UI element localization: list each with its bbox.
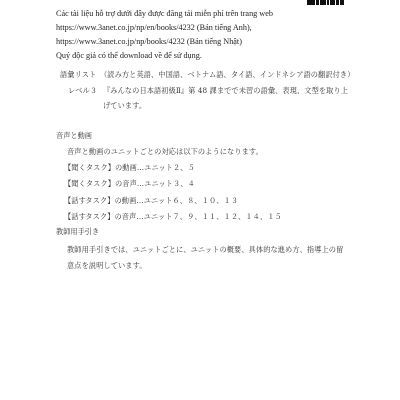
list-item: 【聞くタスク】の音声…ユニット３、４ <box>64 179 195 189</box>
qr-code-fragment-icon <box>307 0 347 5</box>
level-description: 『みんなの日本語初級Ⅱ』第 48 課までで未習の語彙、表現、文型を取り上 <box>103 86 348 96</box>
vocab-list-label: 語彙リスト <box>60 70 96 80</box>
section-heading: 教師用手引き <box>56 227 99 237</box>
audio-video-intro: 音声と動画のユニットごとの対応は以下のようになります。 <box>67 147 263 157</box>
list-item: 【話すタスク】の音声…ユニット７、９、１１、１２、１４、１５ <box>64 212 282 222</box>
support-text-line: Các tài liệu hỗ trợ dưới đây được đăng t… <box>56 9 273 19</box>
vocab-list-description: （読み方と英語、中国語、ベトナム語、タイ語、インドネシア語の翻訳付き） <box>100 70 355 80</box>
teacher-guide-body-cont: 意点を説明しています。 <box>67 261 147 271</box>
section-heading: 音声と動画 <box>56 131 92 141</box>
support-text-line: Quý độc giả có thể download về để sử dụn… <box>56 51 202 61</box>
level-label: レベル３ <box>68 86 97 96</box>
list-item: 【話すタスク】の動画…ユニット６、８、１０、１３ <box>64 196 238 206</box>
japanese-url-link[interactable]: https://www.3anet.co.jp/np/books/4232 (B… <box>56 37 242 47</box>
level-description-cont: げています。 <box>103 101 146 111</box>
list-item: 【聞くタスク】の動画…ユニット２、５ <box>64 163 195 173</box>
teacher-guide-body: 教師用手引きでは、ユニットごとに、ユニットの概要、具体的な進め方、指導上の留 <box>67 245 343 255</box>
english-url-link[interactable]: https://www.3anet.co.jp/np/en/books/4232… <box>56 23 252 33</box>
